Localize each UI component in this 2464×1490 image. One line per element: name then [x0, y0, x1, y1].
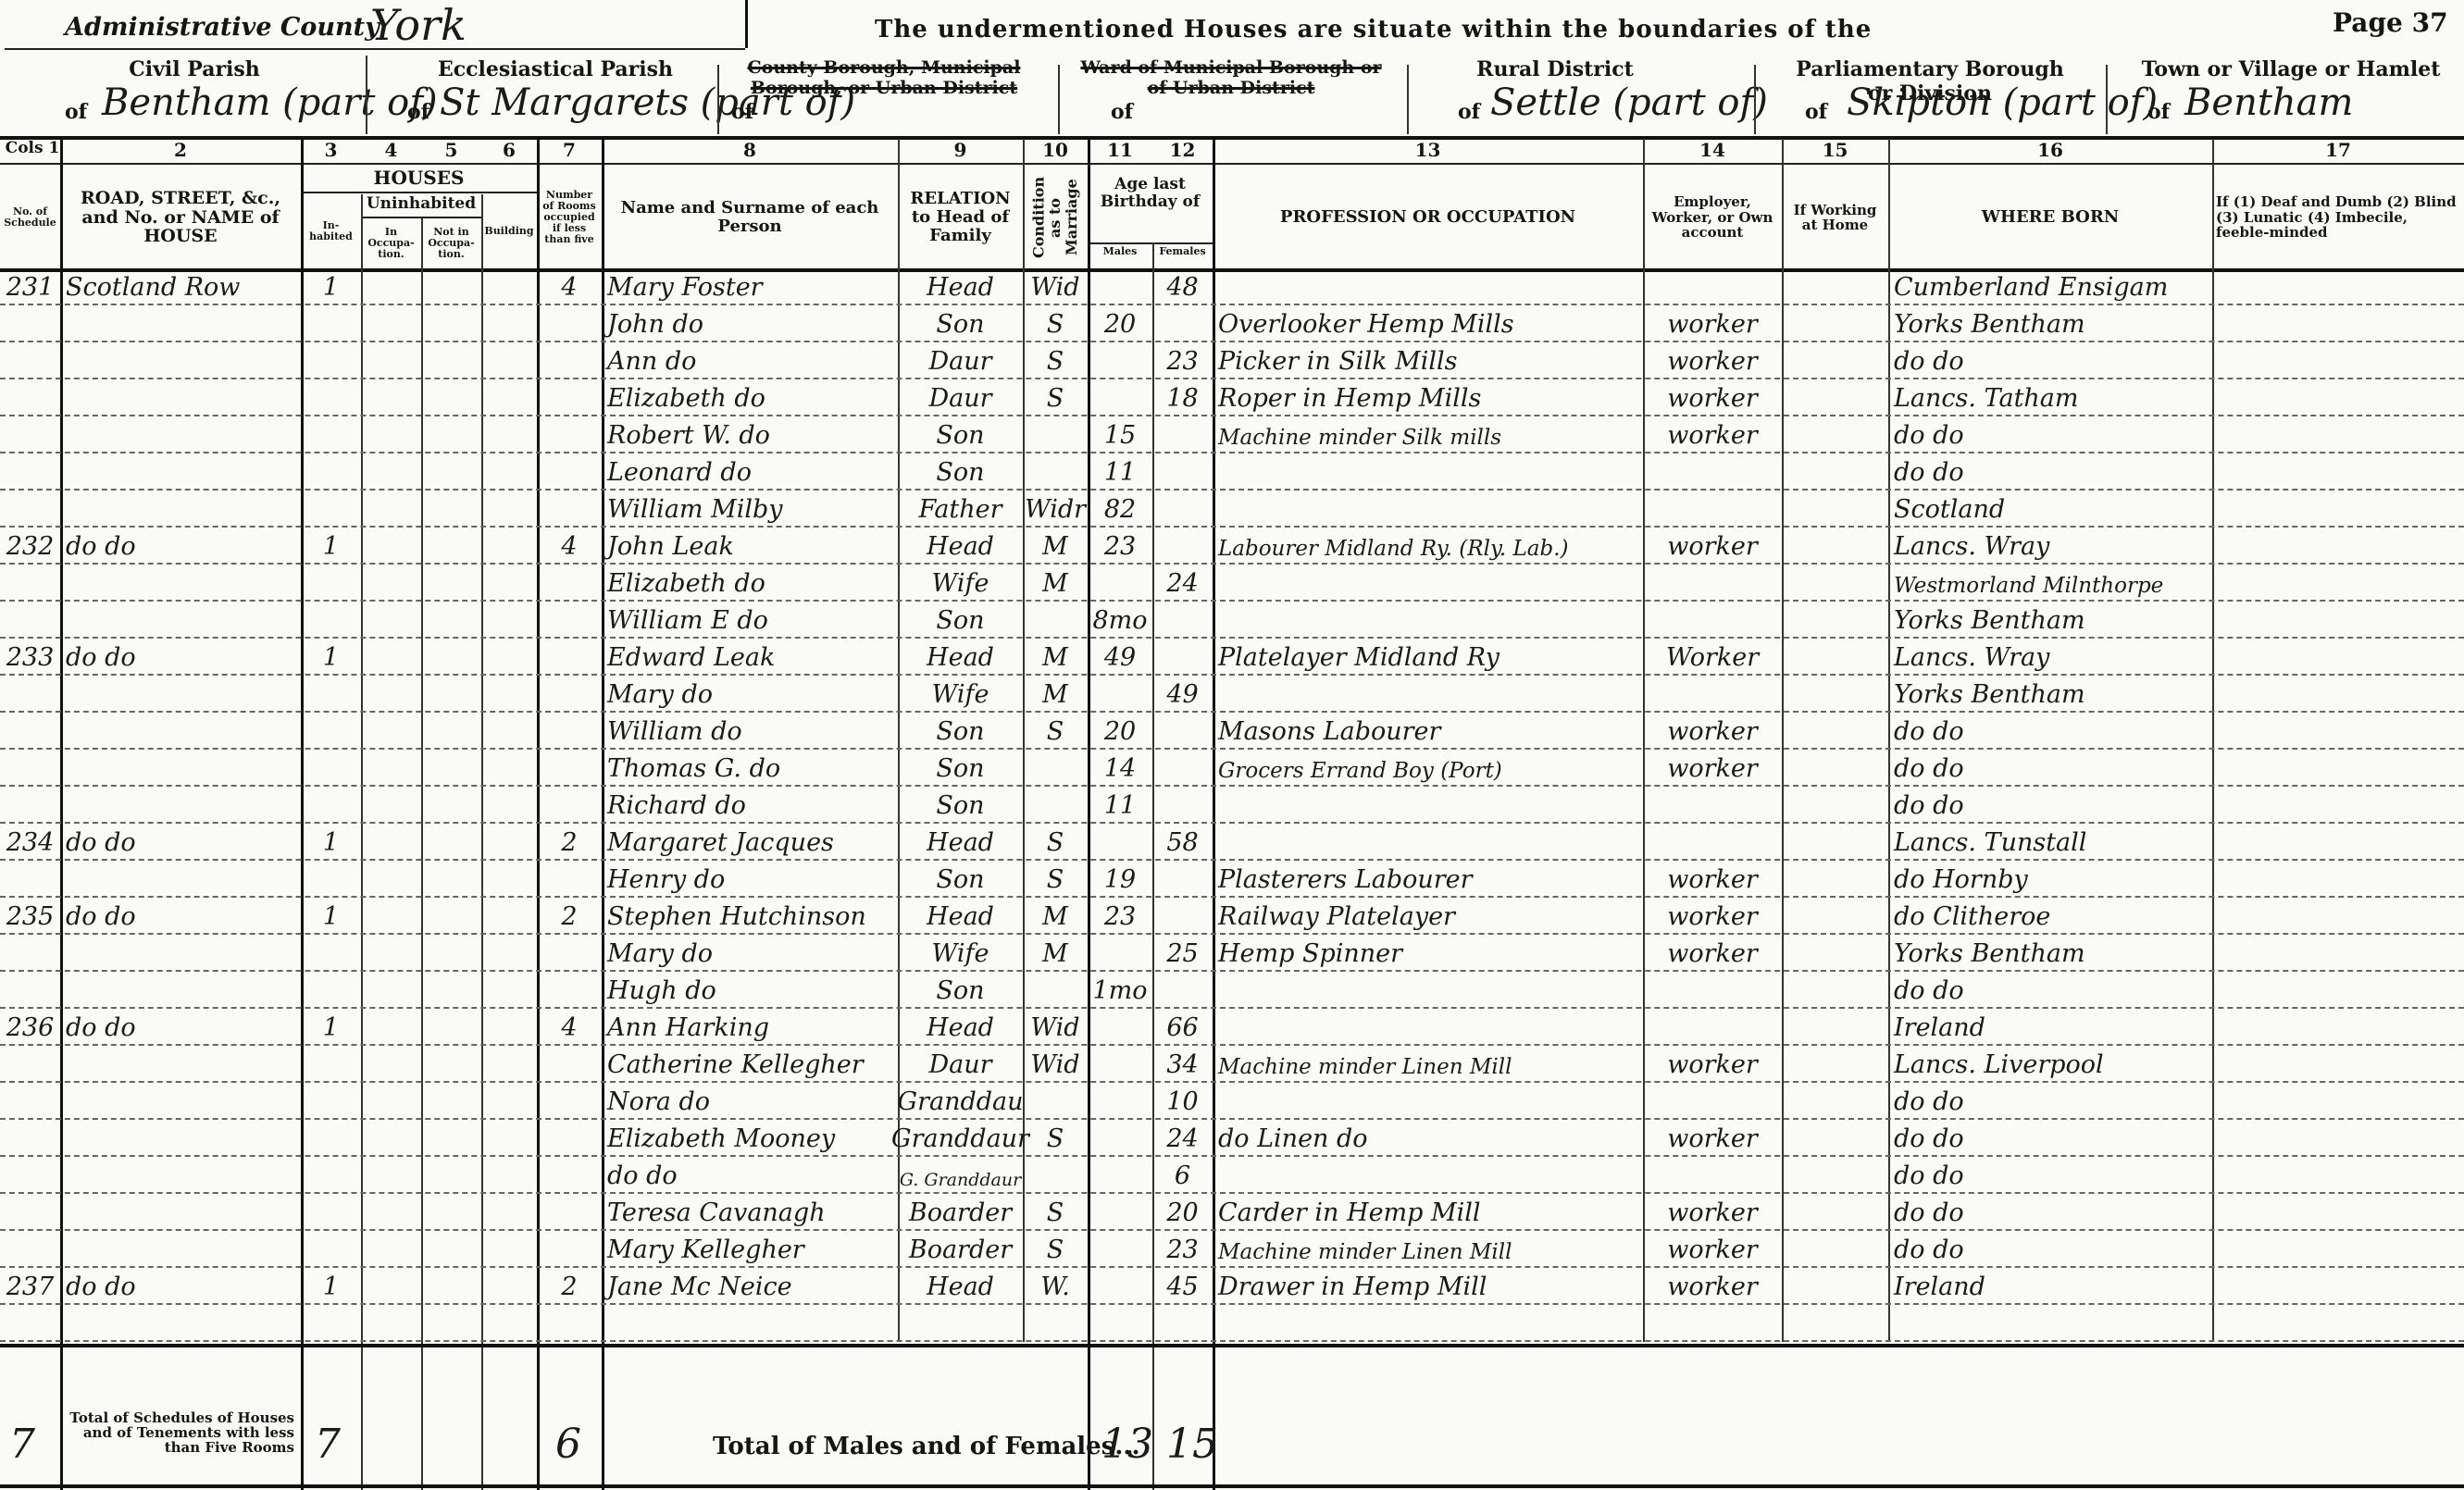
relation-to-head	[898, 1305, 1023, 1342]
female-age	[1152, 305, 1213, 342]
relation-to-head: Son	[898, 416, 1023, 453]
marital-condition: M	[1023, 565, 1088, 602]
schedule-number: 235	[0, 898, 60, 935]
female-age: 6	[1152, 1157, 1213, 1194]
male-age: 82	[1088, 490, 1152, 528]
occupation	[1213, 972, 1643, 1009]
marital-condition	[1023, 1305, 1088, 1342]
male-age	[1088, 1231, 1152, 1268]
occupation: Hemp Spinner	[1213, 935, 1643, 972]
female-age: 18	[1152, 379, 1213, 416]
road-name	[60, 1305, 301, 1342]
employment-status: worker	[1643, 935, 1782, 972]
road-name: do do	[60, 1268, 301, 1305]
schedule-number	[0, 713, 60, 750]
rooms-count	[537, 1194, 602, 1231]
male-age: 19	[1088, 861, 1152, 898]
birthplace: do do	[1888, 1231, 2212, 1268]
road-name: do do	[60, 898, 301, 935]
male-age	[1088, 379, 1152, 416]
marital-condition: W.	[1023, 1268, 1088, 1305]
road-name	[60, 1194, 301, 1231]
birthplace: do Hornby	[1888, 861, 2212, 898]
person-name: Elizabeth do	[602, 379, 898, 416]
infirmity	[2212, 935, 2464, 972]
inhabited-count	[301, 1046, 361, 1083]
relation-to-head: Head	[898, 639, 1023, 676]
header-houses-group: HOUSES	[301, 167, 537, 189]
table-row: Leonard doSon11do do	[0, 453, 2464, 490]
rural-district-of: of	[1458, 100, 1480, 124]
female-age: 45	[1152, 1268, 1213, 1305]
female-age: 49	[1152, 676, 1213, 713]
table-row: Ann doDaurS23Picker in Silk Millsworkerd…	[0, 342, 2464, 379]
birthplace: do do	[1888, 1083, 2212, 1120]
rooms-count	[537, 1305, 602, 1342]
infirmity	[2212, 750, 2464, 787]
person-name	[602, 1305, 898, 1342]
town-village-of: of	[2147, 100, 2170, 124]
occupation: Roper in Hemp Mills	[1213, 379, 1643, 416]
relation-to-head: Son	[898, 713, 1023, 750]
parliamentary-borough-of: of	[1805, 100, 1827, 124]
schedule-number	[0, 1046, 60, 1083]
occupation	[1213, 490, 1643, 528]
relation-to-head: Son	[898, 453, 1023, 490]
male-age: 1mo	[1088, 972, 1152, 1009]
person-name: Henry do	[602, 861, 898, 898]
occupation	[1213, 1157, 1643, 1194]
inhabited-count	[301, 861, 361, 898]
divider	[1058, 65, 1060, 134]
employment-status	[1643, 824, 1782, 861]
road-name	[60, 305, 301, 342]
female-age: 48	[1152, 268, 1213, 305]
employment-status: worker	[1643, 305, 1782, 342]
birthplace: Lancs. Tunstall	[1888, 824, 2212, 861]
employment-status: worker	[1643, 1268, 1782, 1305]
inhabited-count: 1	[301, 1009, 361, 1046]
road-name	[60, 490, 301, 528]
female-age: 23	[1152, 1231, 1213, 1268]
relation-to-head: G. Granddaur	[898, 1157, 1023, 1194]
employment-status	[1643, 787, 1782, 824]
table-row: Elizabeth doDaurS18Roper in Hemp Millswo…	[0, 379, 2464, 416]
male-age	[1088, 342, 1152, 379]
header-inhabited: In-habited	[301, 194, 361, 268]
rooms-count: 4	[537, 268, 602, 305]
female-age: 10	[1152, 1083, 1213, 1120]
birthplace: do do	[1888, 972, 2212, 1009]
footer-males-females-label: Total of Males and of Females...	[713, 1433, 1140, 1460]
person-name: Elizabeth do	[602, 565, 898, 602]
rooms-count	[537, 1120, 602, 1157]
employment-status: worker	[1643, 750, 1782, 787]
birthplace: Westmorland Milnthorpe	[1888, 565, 2212, 602]
male-age	[1088, 935, 1152, 972]
birthplace: Yorks Bentham	[1888, 305, 2212, 342]
col-num: 14	[1643, 139, 1782, 162]
person-name: Ann do	[602, 342, 898, 379]
male-age: 23	[1088, 898, 1152, 935]
schedule-number: 234	[0, 824, 60, 861]
birthplace: do do	[1888, 787, 2212, 824]
employment-status	[1643, 602, 1782, 639]
inhabited-count	[301, 379, 361, 416]
header-schedule: No. of Schedule	[0, 167, 60, 268]
occupation	[1213, 453, 1643, 490]
footer-top-rule	[0, 1344, 2464, 1347]
male-age: 23	[1088, 528, 1152, 565]
marital-condition	[1023, 453, 1088, 490]
schedule-number	[0, 565, 60, 602]
infirmity	[2212, 787, 2464, 824]
road-name	[60, 676, 301, 713]
person-name: John Leak	[602, 528, 898, 565]
rooms-count: 2	[537, 898, 602, 935]
road-name	[60, 565, 301, 602]
rooms-count	[537, 602, 602, 639]
female-age	[1152, 528, 1213, 565]
birthplace: Scotland	[1888, 490, 2212, 528]
relation-to-head: Daur	[898, 1046, 1023, 1083]
rooms-count	[537, 490, 602, 528]
employment-status	[1643, 490, 1782, 528]
rooms-count: 2	[537, 824, 602, 861]
col-num: 12	[1152, 139, 1213, 162]
birthplace: do do	[1888, 750, 2212, 787]
relation-to-head: Head	[898, 1009, 1023, 1046]
male-age	[1088, 565, 1152, 602]
marital-condition: M	[1023, 528, 1088, 565]
female-age	[1152, 861, 1213, 898]
birthplace: Ireland	[1888, 1009, 2212, 1046]
header-rooms: Number of Rooms occupied if less than fi…	[537, 167, 602, 268]
header-road: ROAD, STREET, &c., and No. or NAME of HO…	[60, 167, 301, 268]
header-males: Males	[1088, 245, 1152, 257]
col-num: 7	[537, 139, 602, 162]
birthplace	[1888, 1305, 2212, 1342]
person-name: Thomas G. do	[602, 750, 898, 787]
rooms-count: 4	[537, 1009, 602, 1046]
relation-to-head: Son	[898, 787, 1023, 824]
road-name	[60, 379, 301, 416]
birthplace: Ireland	[1888, 1268, 2212, 1305]
road-name	[60, 750, 301, 787]
schedule-number	[0, 935, 60, 972]
female-age: 34	[1152, 1046, 1213, 1083]
table-row	[0, 1305, 2464, 1342]
male-age	[1088, 1268, 1152, 1305]
admin-underline	[5, 48, 745, 50]
town-village-title: Town or Village or Hamlet	[2138, 57, 2444, 81]
rooms-count	[537, 1157, 602, 1194]
col-num: 10	[1023, 139, 1088, 162]
table-row: Mary doWifeM25Hemp SpinnerworkerYorks Be…	[0, 935, 2464, 972]
footer-males-total: 13	[1101, 1421, 1153, 1468]
female-age	[1152, 416, 1213, 453]
marital-condition: S	[1023, 1194, 1088, 1231]
rural-district-title: Rural District	[1444, 57, 1666, 81]
inhabited-count	[301, 453, 361, 490]
inhabited-count	[301, 1083, 361, 1120]
birthplace: do do	[1888, 1120, 2212, 1157]
rooms-count	[537, 565, 602, 602]
female-age	[1152, 1305, 1213, 1342]
marital-condition: S	[1023, 824, 1088, 861]
road-name	[60, 416, 301, 453]
table-row: William doSonS20Masons Labourerworkerdo …	[0, 713, 2464, 750]
table-row: 233do do1Edward LeakHeadM49Platelayer Mi…	[0, 639, 2464, 676]
person-name: Hugh do	[602, 972, 898, 1009]
houses-rule	[301, 192, 537, 193]
infirmity	[2212, 416, 2464, 453]
header-building: Building	[481, 194, 537, 268]
col-num: Cols 1	[0, 139, 65, 162]
female-age	[1152, 972, 1213, 1009]
col-num: 2	[60, 139, 301, 162]
divider	[1407, 65, 1409, 134]
infirmity	[2212, 1046, 2464, 1083]
birthplace: do do	[1888, 416, 2212, 453]
male-age: 49	[1088, 639, 1152, 676]
occupation	[1213, 1083, 1643, 1120]
female-age	[1152, 787, 1213, 824]
occupation: Machine minder Linen Mill	[1213, 1231, 1643, 1268]
road-name: Scotland Row	[60, 268, 301, 305]
person-name: Edward Leak	[602, 639, 898, 676]
female-age: 24	[1152, 1120, 1213, 1157]
male-age: 14	[1088, 750, 1152, 787]
rooms-count	[537, 972, 602, 1009]
infirmity	[2212, 972, 2464, 1009]
employment-status	[1643, 972, 1782, 1009]
employment-status	[1643, 1157, 1782, 1194]
birthplace: do do	[1888, 342, 2212, 379]
inhabited-count	[301, 676, 361, 713]
header-in-occupation: In Occupa-tion.	[361, 218, 421, 268]
person-name: Robert W. do	[602, 416, 898, 453]
road-name	[60, 1083, 301, 1120]
inhabited-count: 1	[301, 528, 361, 565]
marital-condition	[1023, 1083, 1088, 1120]
marital-condition	[1023, 972, 1088, 1009]
road-name: do do	[60, 824, 301, 861]
marital-condition: M	[1023, 676, 1088, 713]
infirmity	[2212, 379, 2464, 416]
male-age	[1088, 676, 1152, 713]
person-name: William do	[602, 713, 898, 750]
header-condition: Condition as to Marriage	[1023, 167, 1088, 268]
employment-status: worker	[1643, 342, 1782, 379]
occupation	[1213, 565, 1643, 602]
marital-condition: S	[1023, 342, 1088, 379]
header-uninhabited-group: Uninhabited	[361, 194, 481, 213]
infirmity	[2212, 1194, 2464, 1231]
occupation: Carder in Hemp Mill	[1213, 1194, 1643, 1231]
employment-status: worker	[1643, 416, 1782, 453]
employment-status: worker	[1643, 379, 1782, 416]
relation-to-head: Wife	[898, 565, 1023, 602]
male-age	[1088, 1305, 1152, 1342]
birthplace: Lancs. Wray	[1888, 639, 2212, 676]
male-age	[1088, 268, 1152, 305]
road-name	[60, 1231, 301, 1268]
marital-condition: S	[1023, 1120, 1088, 1157]
birthplace: do Clitheroe	[1888, 898, 2212, 935]
table-row: Mary KellegherBoarderS23Machine minder L…	[0, 1231, 2464, 1268]
employment-status: worker	[1643, 1120, 1782, 1157]
occupation: do Linen do	[1213, 1120, 1643, 1157]
admin-county-label: Administrative County	[65, 13, 380, 42]
rooms-count	[537, 305, 602, 342]
occupation: Picker in Silk Mills	[1213, 342, 1643, 379]
rooms-count	[537, 1083, 602, 1120]
table-row: Robert W. doSon15Machine minder Silk mil…	[0, 416, 2464, 453]
schedule-number	[0, 750, 60, 787]
schedule-number	[0, 861, 60, 898]
table-row: 232do do14John LeakHeadM23Labourer Midla…	[0, 528, 2464, 565]
occupation: Labourer Midland Ry. (Rly. Lab.)	[1213, 528, 1643, 565]
occupation: Masons Labourer	[1213, 713, 1643, 750]
rooms-count	[537, 676, 602, 713]
person-name: Mary do	[602, 676, 898, 713]
table-row: John doSonS20Overlooker Hemp Millsworker…	[0, 305, 2464, 342]
age-rule	[1088, 242, 1213, 244]
rooms-count	[537, 861, 602, 898]
inhabited-count	[301, 972, 361, 1009]
inhabited-count	[301, 1120, 361, 1157]
marital-condition: M	[1023, 639, 1088, 676]
person-name: Ann Harking	[602, 1009, 898, 1046]
infirmity	[2212, 528, 2464, 565]
male-age: 8mo	[1088, 602, 1152, 639]
marital-condition: S	[1023, 305, 1088, 342]
col-num: 3	[301, 139, 361, 162]
infirmity	[2212, 305, 2464, 342]
schedule-number: 237	[0, 1268, 60, 1305]
birthplace: Cumberland Ensigam	[1888, 268, 2212, 305]
occupation	[1213, 268, 1643, 305]
employment-status	[1643, 268, 1782, 305]
col-num: 6	[481, 139, 537, 162]
male-age: 11	[1088, 787, 1152, 824]
relation-to-head: Head	[898, 528, 1023, 565]
road-name: do do	[60, 1009, 301, 1046]
person-name: Margaret Jacques	[602, 824, 898, 861]
inhabited-count: 1	[301, 1268, 361, 1305]
occupation	[1213, 1305, 1643, 1342]
birthplace: Yorks Bentham	[1888, 676, 2212, 713]
col-num: 11	[1088, 139, 1152, 162]
header-not-in-occupation: Not in Occupa-tion.	[421, 218, 481, 268]
schedule-number	[0, 416, 60, 453]
relation-to-head: Granddau	[898, 1083, 1023, 1120]
road-name	[60, 1120, 301, 1157]
infirmity	[2212, 1268, 2464, 1305]
table-row: 236do do14Ann HarkingHeadWid66Ireland	[0, 1009, 2464, 1046]
col-num: 8	[602, 139, 898, 162]
schedule-number	[0, 1157, 60, 1194]
table-row: 231Scotland Row14Mary FosterHeadWid48Cum…	[0, 268, 2464, 305]
road-name	[60, 713, 301, 750]
occupation	[1213, 676, 1643, 713]
relation-to-head: Boarder	[898, 1231, 1023, 1268]
table-row: 237do do12Jane Mc NeiceHeadW.45Drawer in…	[0, 1268, 2464, 1305]
col-num: 13	[1213, 139, 1643, 162]
rooms-count	[537, 713, 602, 750]
col-num: 17	[2212, 139, 2464, 162]
infirmity	[2212, 1231, 2464, 1268]
birthplace: Lancs. Tatham	[1888, 379, 2212, 416]
inhabited-count	[301, 305, 361, 342]
header-where-born: WHERE BORN	[1888, 167, 2212, 268]
rooms-count	[537, 379, 602, 416]
female-age	[1152, 453, 1213, 490]
person-name: Leonard do	[602, 453, 898, 490]
inhabited-count	[301, 416, 361, 453]
schedule-number	[0, 676, 60, 713]
relation-to-head: Wife	[898, 935, 1023, 972]
infirmity	[2212, 490, 2464, 528]
male-age: 11	[1088, 453, 1152, 490]
infirmity	[2212, 1009, 2464, 1046]
person-name: Stephen Hutchinson	[602, 898, 898, 935]
ecclesiastical-parish-of: of	[407, 100, 429, 124]
relation-to-head: Son	[898, 305, 1023, 342]
employment-status: worker	[1643, 1046, 1782, 1083]
person-name: Jane Mc Neice	[602, 1268, 898, 1305]
female-age	[1152, 602, 1213, 639]
relation-to-head: Granddaur	[898, 1120, 1023, 1157]
town-village-value: Bentham	[2184, 81, 2353, 124]
female-age	[1152, 639, 1213, 676]
schedule-number	[0, 342, 60, 379]
occupation	[1213, 787, 1643, 824]
occupation	[1213, 1009, 1643, 1046]
schedule-number	[0, 602, 60, 639]
employment-status	[1643, 453, 1782, 490]
footer-bottom-rule	[0, 1484, 2464, 1488]
rooms-count	[537, 416, 602, 453]
table-row: 234do do12Margaret JacquesHeadS58Lancs. …	[0, 824, 2464, 861]
infirmity	[2212, 824, 2464, 861]
road-name	[60, 342, 301, 379]
rooms-count	[537, 639, 602, 676]
female-age	[1152, 490, 1213, 528]
inhabited-count	[301, 490, 361, 528]
road-name	[60, 861, 301, 898]
birthplace: Yorks Bentham	[1888, 602, 2212, 639]
occupation: Machine minder Silk mills	[1213, 416, 1643, 453]
admin-box-edge	[745, 0, 748, 48]
infirmity	[2212, 268, 2464, 305]
male-age	[1088, 1194, 1152, 1231]
rooms-count	[537, 935, 602, 972]
footer-rooms-total: 6	[555, 1421, 581, 1468]
relation-to-head: Son	[898, 861, 1023, 898]
road-name	[60, 972, 301, 1009]
road-name	[60, 602, 301, 639]
marital-condition	[1023, 750, 1088, 787]
schedule-number: 236	[0, 1009, 60, 1046]
inhabited-count	[301, 1231, 361, 1268]
schedule-number	[0, 1231, 60, 1268]
col-num: 16	[1888, 139, 2212, 162]
table-row: Mary doWifeM49Yorks Bentham	[0, 676, 2464, 713]
page-number: Page 37	[2333, 7, 2448, 38]
footer-inhabited-total: 7	[315, 1421, 341, 1468]
